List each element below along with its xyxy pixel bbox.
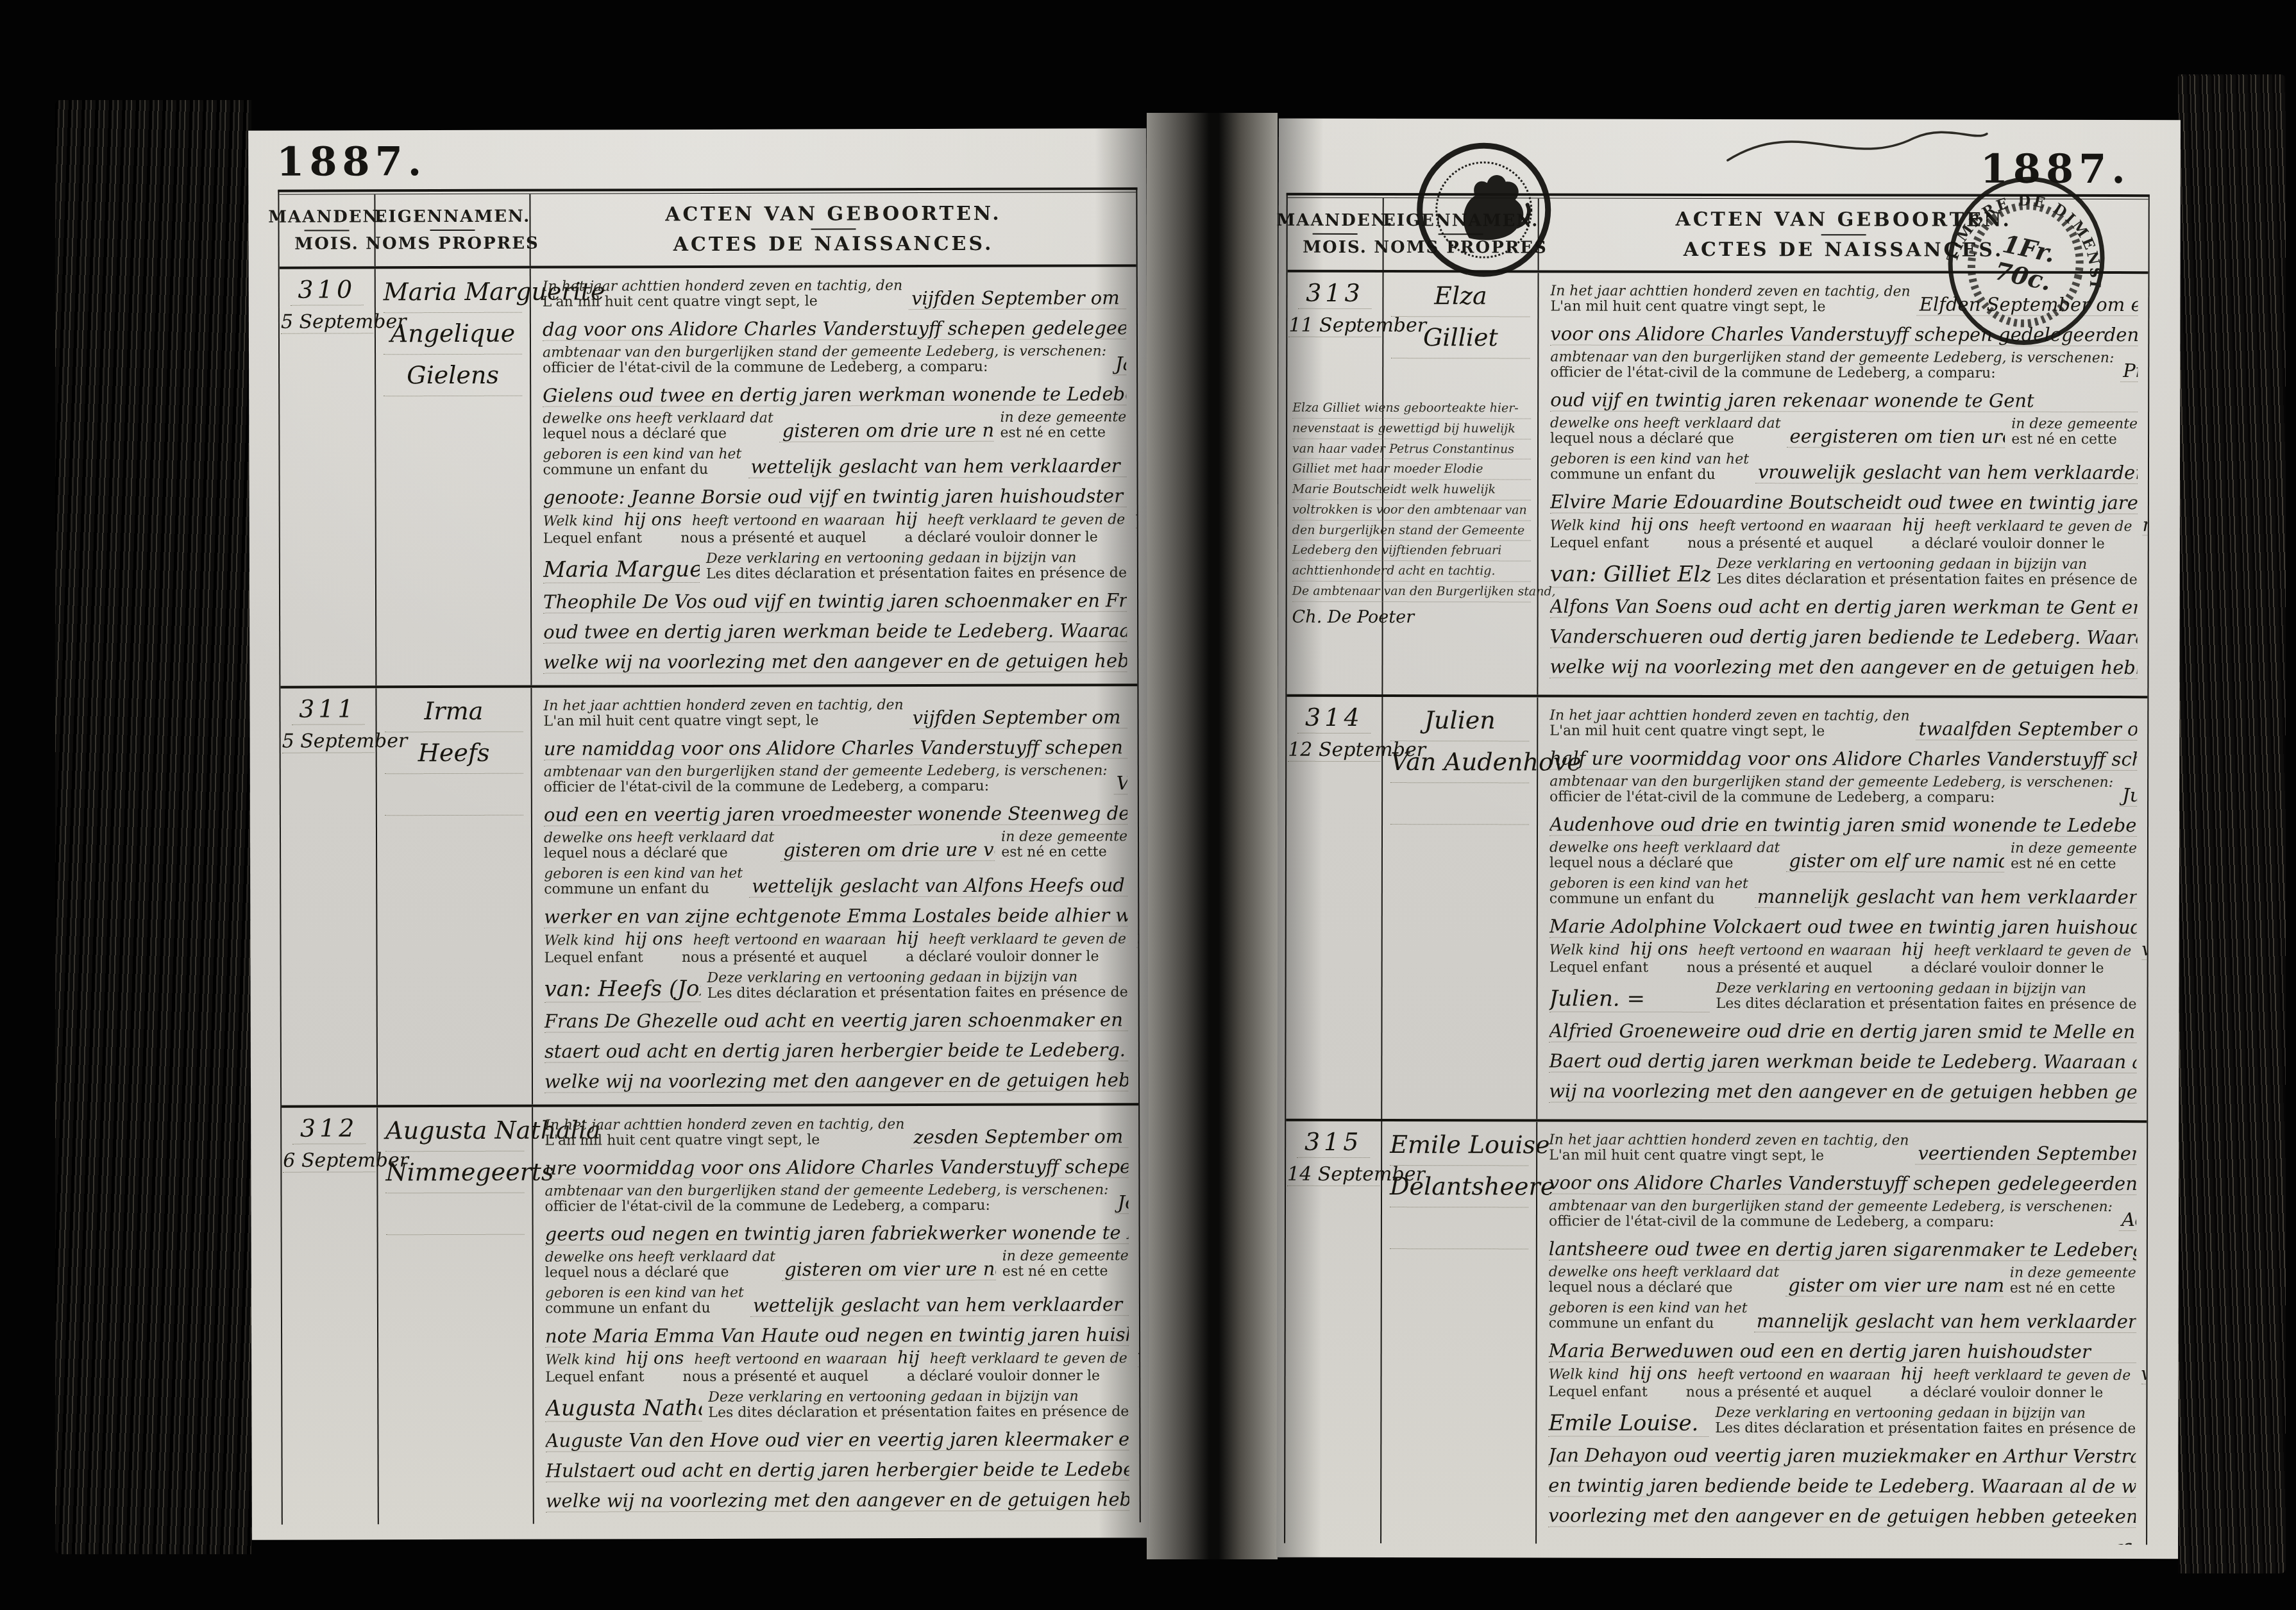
bilingual-child-label: geboren is een kind van het commune un e…	[1550, 451, 1749, 483]
acts-label-fr: ACTES DE NAISSANCES.	[673, 233, 994, 256]
handwriting-line: Baert oud dertig jaren werkman beide te …	[1549, 1043, 2136, 1074]
declared-line-fr: lequel nous a déclaré que	[1549, 856, 1780, 872]
handwriting-time-fill: gisteren om drie ure voormiddag	[781, 839, 995, 862]
born-here-nl: in deze gemeente	[1001, 829, 1127, 845]
child-name-line	[385, 780, 523, 816]
handwriting-given-names: Emile Louise.	[1548, 1407, 1709, 1437]
handwriting-comparant-fill: Adolphus De-	[2119, 1209, 2136, 1231]
officer-line-fr: officier de l'état-civil de la commune d…	[1550, 365, 2114, 382]
bilingual-child-label: geboren is een kind van het commune un e…	[543, 447, 741, 479]
handwritten-time: gisteren om drie ure voormiddag	[783, 839, 995, 861]
handwritten-text: dag voor ons Alidore Charles Vanderstuyf…	[543, 317, 1126, 340]
bilingual-officer-label: ambtenaar van den burgerlijken stand der…	[1549, 774, 2113, 807]
handwritten-comparant: Joannes Nimme-	[1117, 1191, 1128, 1213]
printed-line-presented: Welk kind hij ons heeft vertoond en waar…	[543, 507, 1127, 547]
child-name-line: Van Audenhove	[1390, 748, 1529, 783]
born-here-nl: in deze gemeente	[2011, 417, 2138, 433]
handwriting-line: lantsheere oud twee en dertig jaren siga…	[1549, 1230, 2136, 1262]
presented-nl-b: heeft vertoond en waaraan	[694, 1352, 887, 1368]
handwriting-time-fill: gister om elf ure namiddag	[1786, 850, 2004, 873]
child-line-fr: commune un enfant du	[543, 462, 741, 478]
declared-line-nl: dewelke ons heeft verklaard dat	[1549, 840, 1780, 856]
born-here-fr: est né en cette	[2011, 857, 2137, 873]
born-here-fr: est né en cette	[2010, 1281, 2136, 1297]
signature-officer: A Vanderstuyff	[1937, 1539, 2131, 1545]
bilingual-born-here-label: in deze gemeente est né en cette	[2011, 841, 2137, 873]
handwriting-given-names: Julien. =	[1549, 982, 1710, 1012]
handwritten-witness-1: Jan Dehayon oud veertig jaren muziekmake…	[1548, 1445, 2136, 1468]
handwritten-comparant: Julien Van	[2122, 784, 2137, 806]
printed-line-child: geboren is een kind van het commune un e…	[545, 1280, 1129, 1317]
handwritten-insert: hij	[1902, 940, 1923, 959]
handwritten-names-label: voornaam van	[2141, 939, 2147, 960]
handwritten-insert: hij	[897, 929, 918, 948]
handwritten-time: gister om vier ure namiddag	[1788, 1274, 2004, 1296]
presented-fr-a: Lequel enfant	[1548, 1385, 1647, 1401]
handwritten-insert: hij ons	[625, 930, 683, 949]
handwriting-line: ure namiddag voor ons Alidore Charles Va…	[544, 728, 1127, 760]
birth-record-310: 310 5 September Maria Marguerite Angeliq…	[280, 267, 1138, 688]
handwriting-line: Marie Adolphine Volckaert oud twee en tw…	[1549, 908, 2137, 939]
line-given-names: Maria Marguerite Angelique Deze verklari…	[543, 546, 1127, 583]
handwritten-closing: welke wij na voorlezing met den aangever…	[543, 650, 1127, 673]
ink-scribble	[1721, 109, 1997, 180]
declared-line-nl: dewelke ons heeft verklaard dat	[544, 830, 774, 846]
presented-fr-b: nous a présenté et auquel	[1687, 536, 1873, 552]
handwritten-text: geerts oud negen en twintig jaren fabrie…	[545, 1221, 1129, 1245]
handwritten-names-label: voornamen van	[2141, 1363, 2147, 1385]
presented-nl-a: Welk kind	[545, 1352, 616, 1368]
printed-line-officer: ambtenaar van den burgerlijken stand der…	[544, 1178, 1128, 1215]
declared-line-fr: lequel nous a déclaré que	[543, 426, 773, 443]
handwriting-given-names: Augusta Nathalia.	[545, 1391, 702, 1422]
presented-nl-b: heeft vertoond en waaraan	[1698, 943, 1891, 959]
handwritten-text: lantsheere oud twee en dertig jaren siga…	[1549, 1238, 2136, 1261]
record-margin-cell: 315 14 September	[1285, 1121, 1382, 1545]
handwritten-insert: hij	[1902, 516, 1924, 535]
handwriting-origin-fill: mannelijk geslacht van hem verklaarder e…	[1754, 1310, 2136, 1333]
line-given-names: van: Gilliet Elza. = Deze verklaring en …	[1550, 552, 2138, 589]
handwriting-given-names: van: Heefs (Jozef) Irma	[544, 972, 701, 1003]
printed-line-officer: ambtenaar van den burgerlijken stand der…	[1549, 1195, 2136, 1232]
bilingual-officer-label: ambtenaar van den burgerlijken stand der…	[544, 763, 1108, 796]
handwritten-mother: Maria Berweduwen oud een en dertig jaren…	[1549, 1340, 2091, 1363]
handwriting-line: note Maria Emma Van Haute oud negen en t…	[545, 1316, 1129, 1347]
presented-nl-c: heeft verklaard te geven de	[1934, 519, 2132, 535]
declaration-nl: Deze verklaring en vertooning gedaan in …	[707, 969, 1128, 986]
bilingual-declaration-label: Deze verklaring en vertooning gedaan in …	[1715, 1405, 2136, 1438]
legitimation-margin-note: Elza Gilliet wiens geboorteakte hier- ne…	[1292, 398, 1532, 627]
declared-line-nl: dewelke ons heeft verklaard dat	[545, 1249, 775, 1266]
handwritten-origin: mannelijk geslacht van hem verklaarder e…	[1757, 885, 2137, 909]
margin-note-line: Elza Gilliet wiens geboorteakte hier-	[1292, 398, 1531, 419]
child-line-fr: commune un enfant du	[1549, 892, 1748, 908]
bilingual-year-label: In het jaar achttien honderd zeven en ta…	[1550, 283, 1910, 315]
child-line-nl: geboren is een kind van het	[543, 447, 741, 463]
bilingual-born-here-label: in deze gemeente est né en cette	[1001, 829, 1127, 861]
handwritten-comparant: Adolphus De-	[2122, 1209, 2136, 1230]
handwritten-given-names: Julien. =	[1549, 986, 1645, 1012]
handwritten-text: oud vijf en twintig jaren rekenaar wonen…	[1550, 389, 2034, 412]
register-table-right: MAANDEN. MOIS. EIGENNAMEN. NOMS PROPRES …	[1284, 193, 2150, 1545]
child-name-line: Elza	[1391, 281, 1530, 317]
record-number: 315	[1297, 1128, 1371, 1158]
presented-nl-c: heeft verklaard te geven de	[1933, 1368, 2131, 1384]
bilingual-presented-label: Welk kind hij ons heeft vertoond en waar…	[1549, 938, 2148, 978]
bilingual-year-label: In het jaar achttien honderd zeven en ta…	[543, 278, 902, 311]
handwritten-insert: hij ons	[1630, 940, 1688, 959]
declaration-nl: Deze verklaring en vertooning gedaan in …	[706, 550, 1127, 567]
handwriting-line: wij na voorlezing met den aangever en de…	[1549, 1073, 2136, 1104]
year-line-nl: In het jaar achttien honderd zeven en ta…	[1550, 283, 1910, 300]
year-line-nl: In het jaar achttien honderd zeven en ta…	[1549, 1132, 1909, 1149]
handwritten-names-label: naam en voornaam	[1136, 926, 1138, 948]
presented-fr-c: a déclaré vouloir donner le	[1911, 961, 2104, 977]
born-here-fr: est né en cette	[1000, 426, 1126, 442]
bilingual-born-here-label: in deze gemeente est né en cette	[2010, 1266, 2136, 1298]
bilingual-declared-label: dewelke ons heeft verklaard dat lequel n…	[544, 830, 775, 862]
child-line-fr: commune un enfant du	[1550, 467, 1749, 483]
signatures-row: Pieter Gilliet alfons Van Soens H. Vande…	[1549, 678, 2137, 699]
record-number: 313	[1298, 279, 1372, 309]
presented-line-fr: Lequel enfant nous a présenté et auquel …	[1549, 960, 2148, 978]
presented-nl-a: Welk kind	[544, 933, 614, 949]
year-line-nl: In het jaar achttien honderd zeven en ta…	[543, 278, 902, 295]
handwritten-date: vijfden September om twee en half	[913, 706, 1127, 728]
presented-nl-b: heeft vertoond en waaraan	[693, 932, 886, 948]
child-line-nl: geboren is een kind van het	[544, 866, 743, 882]
child-name-line	[1390, 789, 1529, 825]
record-act-body: In het jaar achttien honderd zeven en ta…	[1537, 1121, 2147, 1545]
line-given-names: van: Heefs (Jozef) Irma Deze verklaring …	[544, 965, 1128, 1002]
bilingual-born-here-label: in deze gemeente est né en cette	[2011, 417, 2138, 449]
record-names-cell: Emile Louise Delantsheere	[1381, 1121, 1537, 1545]
handwritten-insert: hij	[897, 1348, 919, 1368]
record-act-body: In het jaar achttien honderd zeven en ta…	[1537, 697, 2147, 1123]
presented-nl-c: heeft verklaard te geven de	[1934, 944, 2131, 960]
child-name-line: Julien	[1390, 706, 1529, 741]
child-name-line: Irma	[384, 697, 523, 733]
printed-line-presented: Welk kind hij ons heeft vertoond en waar…	[545, 1346, 1129, 1386]
bilingual-declared-label: dewelke ons heeft verklaard dat lequel n…	[1549, 1264, 1780, 1296]
handwritten-insert: hij	[895, 510, 917, 529]
header-divider	[1313, 233, 1358, 235]
presented-fr-a: Lequel enfant	[1549, 960, 1648, 977]
handwriting-origin-fill: mannelijk geslacht van hem verklaarder e…	[1755, 885, 2137, 909]
bilingual-year-label: In het jaar achttien honderd zeven en ta…	[1549, 708, 1909, 740]
presented-fr-c: a déclaré vouloir donner le	[905, 530, 1098, 546]
officer-line-fr: officier de l'état-civil de la commune d…	[543, 360, 1106, 377]
handwritten-mother: Marie Adolphine Volckaert oud twee en tw…	[1549, 916, 2137, 939]
margin-note-line: nevenstaat is gewettigd bij huwelijk	[1292, 419, 1531, 439]
handwriting-line: Frans De Ghezelle oud acht en veertig ja…	[544, 1001, 1128, 1032]
record-number: 310	[290, 275, 364, 305]
handwritten-closing: welke wij na voorlezing met den aangever…	[544, 1069, 1128, 1093]
child-line-nl: geboren is een kind van het	[1549, 1300, 1748, 1316]
handwritten-closing: welke wij na voorlezing met den aangever…	[1549, 656, 2137, 679]
handwritten-names-label: naam en voornaam	[2142, 514, 2148, 536]
handwriting-line: Alfried Groeneweire oud drie en dertig j…	[1549, 1012, 2136, 1044]
bilingual-year-label: In het jaar achttien honderd zeven en ta…	[544, 1117, 904, 1150]
line-given-names: Julien. = Deze verklaring en vertooning …	[1549, 977, 2137, 1014]
handwriting-origin-fill: wettelijk geslacht van hem verklaarder e…	[750, 1293, 1129, 1317]
presented-fr-a: Lequel enfant	[545, 1370, 644, 1386]
year-line-fr: L'an mil huit cent quatre vingt sept, le	[543, 294, 902, 311]
bilingual-officer-label: ambtenaar van den burgerlijken stand der…	[544, 1182, 1108, 1216]
printed-line-declared: dewelke ons heeft verklaard dat lequel n…	[1550, 412, 2138, 449]
margin-note-line: den burgerlijken stand der Gemeente	[1292, 520, 1531, 541]
printed-line-year: In het jaar achttien honderd zeven en ta…	[544, 1112, 1128, 1149]
birth-record-312: 312 6 September Augusta Nathalia Nimmege…	[282, 1105, 1140, 1524]
child-line-fr: commune un enfant du	[1549, 1316, 1748, 1332]
bilingual-declared-label: dewelke ons heeft verklaard dat lequel n…	[1549, 840, 1780, 872]
months-label-fr: MOIS.	[294, 234, 359, 253]
year-line-nl: In het jaar achttien honderd zeven en ta…	[544, 1117, 904, 1134]
presented-line-fr: Lequel enfant nous a présenté et auquel …	[1550, 536, 2148, 553]
bilingual-officer-label: ambtenaar van den burgerlijken stand der…	[1550, 349, 2114, 382]
declaration-nl: Deze verklaring en vertooning gedaan in …	[708, 1389, 1129, 1405]
declared-line-fr: lequel nous a déclaré que	[1549, 1280, 1779, 1296]
bilingual-declaration-label: Deze verklaring en vertooning gedaan in …	[1717, 557, 2138, 589]
handwritten-given-names: Maria Marguerite Angelique	[543, 556, 700, 582]
handwritten-witness-1: Frans De Ghezelle oud acht en veertig ja…	[544, 1009, 1128, 1032]
handwriting-time-fill: gister om vier ure namiddag	[1785, 1274, 2004, 1297]
year-line-fr: L'an mil huit cent quatre vingt sept, le	[544, 1133, 904, 1150]
bilingual-declaration-label: Deze verklaring en vertooning gedaan in …	[1716, 981, 2137, 1013]
handwriting-date-fill: vijfden September om tien ure voormid-	[909, 287, 1126, 310]
bilingual-presented-label: Welk kind hij ons heeft vertoond en waar…	[544, 926, 1138, 966]
birth-record-315: 315 14 September Emile Louise Delantshee…	[1285, 1121, 2147, 1545]
handwriting-date-fill: veertienden September om tien ure voormi…	[1915, 1143, 2136, 1166]
handwritten-origin: vrouwelijk geslacht van hem verklaarder …	[1758, 461, 2138, 483]
handwritten-text: half ure voormiddag voor ons Alidore Cha…	[1549, 748, 2137, 771]
officer-line-nl: ambtenaar van den burgerlijken stand der…	[1549, 1198, 2113, 1215]
presented-nl-c: heeft verklaard te geven de	[927, 512, 1125, 528]
header-divider	[1821, 234, 1866, 235]
record-date: 5 September	[281, 310, 373, 333]
signatures-row: J. Nimmegeerts A. Van den hove G. Hulsta…	[546, 1511, 1129, 1524]
handwritten-text: Gielens oud twee en dertig jaren werkman…	[543, 383, 1126, 407]
record-date: 14 September	[1287, 1163, 1380, 1186]
printed-line-presented: Welk kind hij ons heeft vertoond en waar…	[544, 927, 1127, 966]
handwriting-origin-fill: wettelijk geslacht van hem verklaarder e…	[748, 455, 1126, 478]
declared-line-fr: lequel nous a déclaré que	[1550, 432, 1780, 448]
handwriting-line: oud een en veertig jaren vroedmeester wo…	[544, 794, 1127, 826]
bilingual-presented-label: Welk kind hij ons heeft vertoond en waar…	[543, 507, 1138, 548]
handwriting-line: werker en van zijne echtgenote Emma Lost…	[544, 896, 1127, 928]
bilingual-child-label: geboren is een kind van het commune un e…	[1549, 876, 1748, 908]
header-divider	[430, 230, 475, 231]
lion-seal-stamp	[1415, 140, 1553, 279]
handwritten-witness-1: Theophile De Vos oud vijf en twintig jar…	[543, 589, 1127, 613]
handwritten-time: gister om elf ure namiddag	[1789, 850, 2004, 872]
printed-line-declared: dewelke ons heeft verklaard dat lequel n…	[544, 825, 1127, 862]
printed-line-declared: dewelke ons heeft verklaard dat lequel n…	[1549, 1261, 2136, 1298]
handwritten-comparant: Pieter Gilliet	[2123, 360, 2138, 382]
handwriting-line: Jan Dehayon oud veertig jaren muziekmake…	[1548, 1437, 2136, 1468]
year-line-fr: L'an mil huit cent quatre vingt sept, le	[1549, 724, 1909, 741]
bilingual-officer-label: ambtenaar van den burgerlijken stand der…	[543, 344, 1106, 377]
handwritten-witness-1: Auguste Van den Hove oud vier en veertig…	[545, 1428, 1129, 1452]
declared-line-nl: dewelke ons heeft verklaard dat	[1549, 1264, 1779, 1280]
year-line-fr: L'an mil huit cent quatre vingt sept, le	[1550, 299, 1910, 316]
born-here-nl: in deze gemeente	[1000, 410, 1126, 426]
declaration-fr: Les dites déclaration et présentation fa…	[708, 1405, 1129, 1421]
printed-line-declared: dewelke ons heeft verklaard dat lequel n…	[543, 405, 1126, 442]
presented-nl-c: heeft verklaard te geven de	[930, 1351, 1127, 1367]
printed-line-year: In het jaar achttien honderd zeven en ta…	[1549, 704, 2137, 741]
handwritten-mother: genoote: Jeanne Borsie oud vijf en twint…	[543, 485, 1124, 508]
record-date: 6 September	[283, 1149, 375, 1172]
presented-fr-b: nous a présenté et auquel	[683, 1370, 868, 1386]
year-line-nl: In het jaar achttien honderd zeven en ta…	[543, 698, 903, 714]
born-here-nl: in deze gemeente	[2011, 841, 2137, 857]
handwritten-date: zesden September om elf en half	[913, 1125, 1128, 1148]
declaration-nl: Deze verklaring en vertooning gedaan in …	[1717, 557, 2138, 573]
presented-fr-c: a déclaré vouloir donner le	[1910, 1386, 2103, 1402]
bilingual-presented-label: Welk kind hij ons heeft vertoond en waar…	[1550, 514, 2148, 553]
handwritten-comparant: Vincent De Ghezelle	[1117, 772, 1127, 794]
printed-line-child: geboren is een kind van het commune un e…	[1550, 448, 2138, 485]
bilingual-child-label: geboren is een kind van het commune un e…	[545, 1286, 744, 1318]
presented-nl-a: Welk kind	[1550, 519, 1621, 535]
presented-nl-b: heeft vertoond en waaraan	[1699, 519, 1892, 535]
handwriting-line: Hulstaert oud acht en dertig jaren herbe…	[546, 1450, 1129, 1482]
child-name-line	[1390, 1214, 1528, 1249]
handwriting-line: ure voormiddag voor ons Alidore Charles …	[544, 1148, 1128, 1179]
line-given-names: Augusta Nathalia. Deze verklaring en ver…	[545, 1384, 1129, 1421]
record-act-body: In het jaar achttien honderd zeven en ta…	[531, 267, 1138, 688]
printed-line-presented: Welk kind hij ons heeft vertoond en waar…	[1548, 1363, 2136, 1402]
handwriting-time-fill: eergisteren om tien ure 's avonds	[1787, 425, 2005, 448]
handwritten-mother: werker en van zijne echtgenote Emma Lost…	[544, 904, 1127, 928]
handwriting-line: Alfons Van Soens oud acht en dertig jare…	[1550, 588, 2138, 619]
presented-fr-b: nous a présenté et auquel	[1687, 960, 1872, 977]
handwriting-line: welke wij na voorlezing met den aangever…	[543, 642, 1127, 673]
lion-icon	[1464, 175, 1524, 240]
handwriting-comparant-fill: Vincent De Ghezelle	[1114, 772, 1127, 794]
record-date: 11 September	[1288, 314, 1381, 337]
handwritten-given-names: Augusta Nathalia.	[545, 1395, 702, 1421]
margin-note-signature: Ch. De Poeter	[1292, 607, 1531, 627]
handwriting-line: Vanderschueren oud dertig jaren bediende…	[1550, 618, 2138, 650]
presented-nl-a: Welk kind	[543, 514, 614, 530]
handwritten-witness-1: Alfons Van Soens oud acht en dertig jare…	[1550, 596, 2138, 619]
record-number: 311	[291, 694, 365, 725]
born-here-fr: est né en cette	[1001, 845, 1127, 861]
handwriting-given-names: Maria Marguerite Angelique	[543, 553, 700, 583]
record-names-cell: Augusta Nathalia Nimmegeerts	[378, 1107, 534, 1525]
handwritten-witness-2: oud twee en dertig jaren werkman beide t…	[543, 619, 1127, 643]
bilingual-born-here-label: in deze gemeente est né en cette	[1002, 1248, 1129, 1280]
handwriting-line: oud twee en dertig jaren werkman beide t…	[543, 612, 1127, 643]
printed-line-declared: dewelke ons heeft verklaard dat lequel n…	[545, 1244, 1129, 1281]
child-line-fr: commune un enfant du	[545, 1301, 744, 1317]
handwriting-line: welke wij na voorlezing met den aangever…	[544, 1061, 1128, 1093]
child-name-line: Gilliet	[1391, 323, 1530, 358]
printed-line-officer: ambtenaar van den burgerlijken stand der…	[1549, 770, 2137, 807]
presented-line-nl: Welk kind hij ons heeft vertoond en waar…	[1549, 1363, 2147, 1385]
margin-note-line: Marie Boutscheidt welk huwelijk	[1292, 480, 1531, 500]
presented-nl-b: heeft vertoond en waaraan	[1698, 1368, 1891, 1384]
scribble-stroke	[1728, 132, 1987, 161]
record-number: 314	[1297, 703, 1371, 734]
presented-line-nl: Welk kind hij ons heeft vertoond en waar…	[1550, 514, 2148, 537]
child-name-line: Augusta Nathalia	[385, 1116, 524, 1152]
birth-record-311: 311 5 September Irma Heefs In het jaar a…	[280, 686, 1138, 1107]
presented-fr-a: Lequel enfant	[1550, 536, 1649, 552]
declaration-nl: Deze verklaring en vertooning gedaan in …	[1716, 981, 2137, 998]
handwritten-text: oud een en veertig jaren vroedmeester wo…	[544, 802, 1127, 826]
header-divider	[305, 230, 350, 231]
bilingual-child-label: geboren is een kind van het commune un e…	[544, 866, 743, 898]
handwritten-insert: hij	[1901, 1364, 1923, 1384]
handwriting-line: welke wij na voorlezing met den aangever…	[546, 1480, 1129, 1512]
year-heading-left: 1887.	[276, 138, 426, 185]
handwritten-time: gisteren om vier ure namiddag	[784, 1258, 996, 1280]
presented-line-nl: Welk kind hij ons heeft vertoond en waar…	[543, 507, 1138, 530]
handwriting-line: en twintig jaren bediende beide te Ledeb…	[1548, 1467, 2136, 1498]
year-line-fr: L'an mil huit cent quatre vingt sept, le	[544, 714, 904, 730]
child-name-line: Delantsheere	[1390, 1172, 1528, 1207]
declared-line-fr: lequel nous a déclaré que	[544, 846, 774, 862]
handwritten-text: ure namiddag voor ons Alidore Charles Va…	[544, 736, 1127, 760]
book-gutter	[1147, 113, 1278, 1559]
margin-note-line: van haar vader Petrus Constantinus	[1292, 439, 1531, 459]
child-line-nl: geboren is een kind van het	[1550, 451, 1749, 467]
handwritten-time: eergisteren om tien ure 's avonds	[1789, 425, 2005, 448]
register-table-left: MAANDEN. MOIS. EIGENNAMEN. NOMS PROPRES …	[278, 187, 1140, 1525]
year-line-fr: L'an mil huit cent quatre vingt sept, le	[1549, 1148, 1909, 1165]
printed-line-year: In het jaar achttien honderd zeven en ta…	[1549, 1128, 2136, 1166]
bilingual-year-label: In het jaar achttien honderd zeven en ta…	[543, 698, 903, 730]
officer-line-nl: ambtenaar van den burgerlijken stand der…	[544, 763, 1108, 780]
printed-line-child: geboren is een kind van het commune un e…	[1549, 1296, 2136, 1334]
bilingual-child-label: geboren is een kind van het commune un e…	[1549, 1300, 1748, 1332]
presented-fr-b: nous a présenté et auquel	[682, 950, 867, 966]
presented-fr-c: a déclaré vouloir donner le	[907, 1369, 1100, 1385]
bilingual-declared-label: dewelke ons heeft verklaard dat lequel n…	[1550, 415, 1781, 448]
presented-fr-c: a déclaré vouloir donner le	[1912, 537, 2105, 553]
presented-nl-b: heeft vertoond en waaraan	[692, 513, 885, 529]
presented-line-fr: Lequel enfant nous a présenté et auquel …	[543, 530, 1138, 548]
book-page-edges-left	[55, 100, 251, 1554]
column-header-names: EIGENNAMEN. NOMS PROPRES	[375, 194, 530, 267]
handwritten-witness-2: Vanderschueren oud dertig jaren bediende…	[1550, 626, 2138, 649]
declaration-fr: Les dites déclaration et présentation fa…	[1717, 572, 2138, 589]
child-name-line: Emile Louise	[1390, 1130, 1528, 1166]
printed-line-child: geboren is een kind van het commune un e…	[1549, 872, 2137, 909]
officer-line-fr: officier de l'état-civil de la commune d…	[544, 779, 1108, 796]
record-margin-cell: 311 5 September	[280, 688, 378, 1107]
record-names-cell: Maria Marguerite Angelique Gielens	[376, 269, 532, 689]
margin-note-line: Gilliet met haar moeder Elodie	[1292, 459, 1531, 480]
bilingual-declared-label: dewelke ons heeft verklaard dat lequel n…	[543, 410, 773, 442]
handwritten-names-label: voornaam van	[1138, 1346, 1140, 1368]
handwritten-text: voor ons Alidore Charles Vanderstuyff sc…	[1549, 1172, 2136, 1195]
handwritten-closing: welke wij na voorlezing met den aangever…	[546, 1488, 1129, 1512]
signatures-row: Van Audenhove A. Groeneweire A Vanderstu…	[1549, 1103, 2136, 1123]
months-label-nl: MAANDEN.	[1276, 211, 1393, 230]
handwriting-line: voorlezing met den aangever en de getuig…	[1548, 1497, 2136, 1529]
names-label-nl: EIGENNAMEN.	[375, 207, 531, 227]
handwritten-witness-2: Hulstaert oud acht en dertig jaren herbe…	[546, 1458, 1129, 1482]
declaration-fr: Les dites déclaration et présentation fa…	[1716, 996, 2137, 1013]
child-name-line: Nimmegeerts	[385, 1158, 524, 1194]
column-header-months: MAANDEN. MOIS.	[1288, 198, 1384, 270]
line-given-names: Emile Louise. Deze verklaring en vertoon…	[1548, 1401, 2136, 1438]
handwriting-line: Auguste Van den Hove oud vier en veertig…	[545, 1420, 1129, 1452]
